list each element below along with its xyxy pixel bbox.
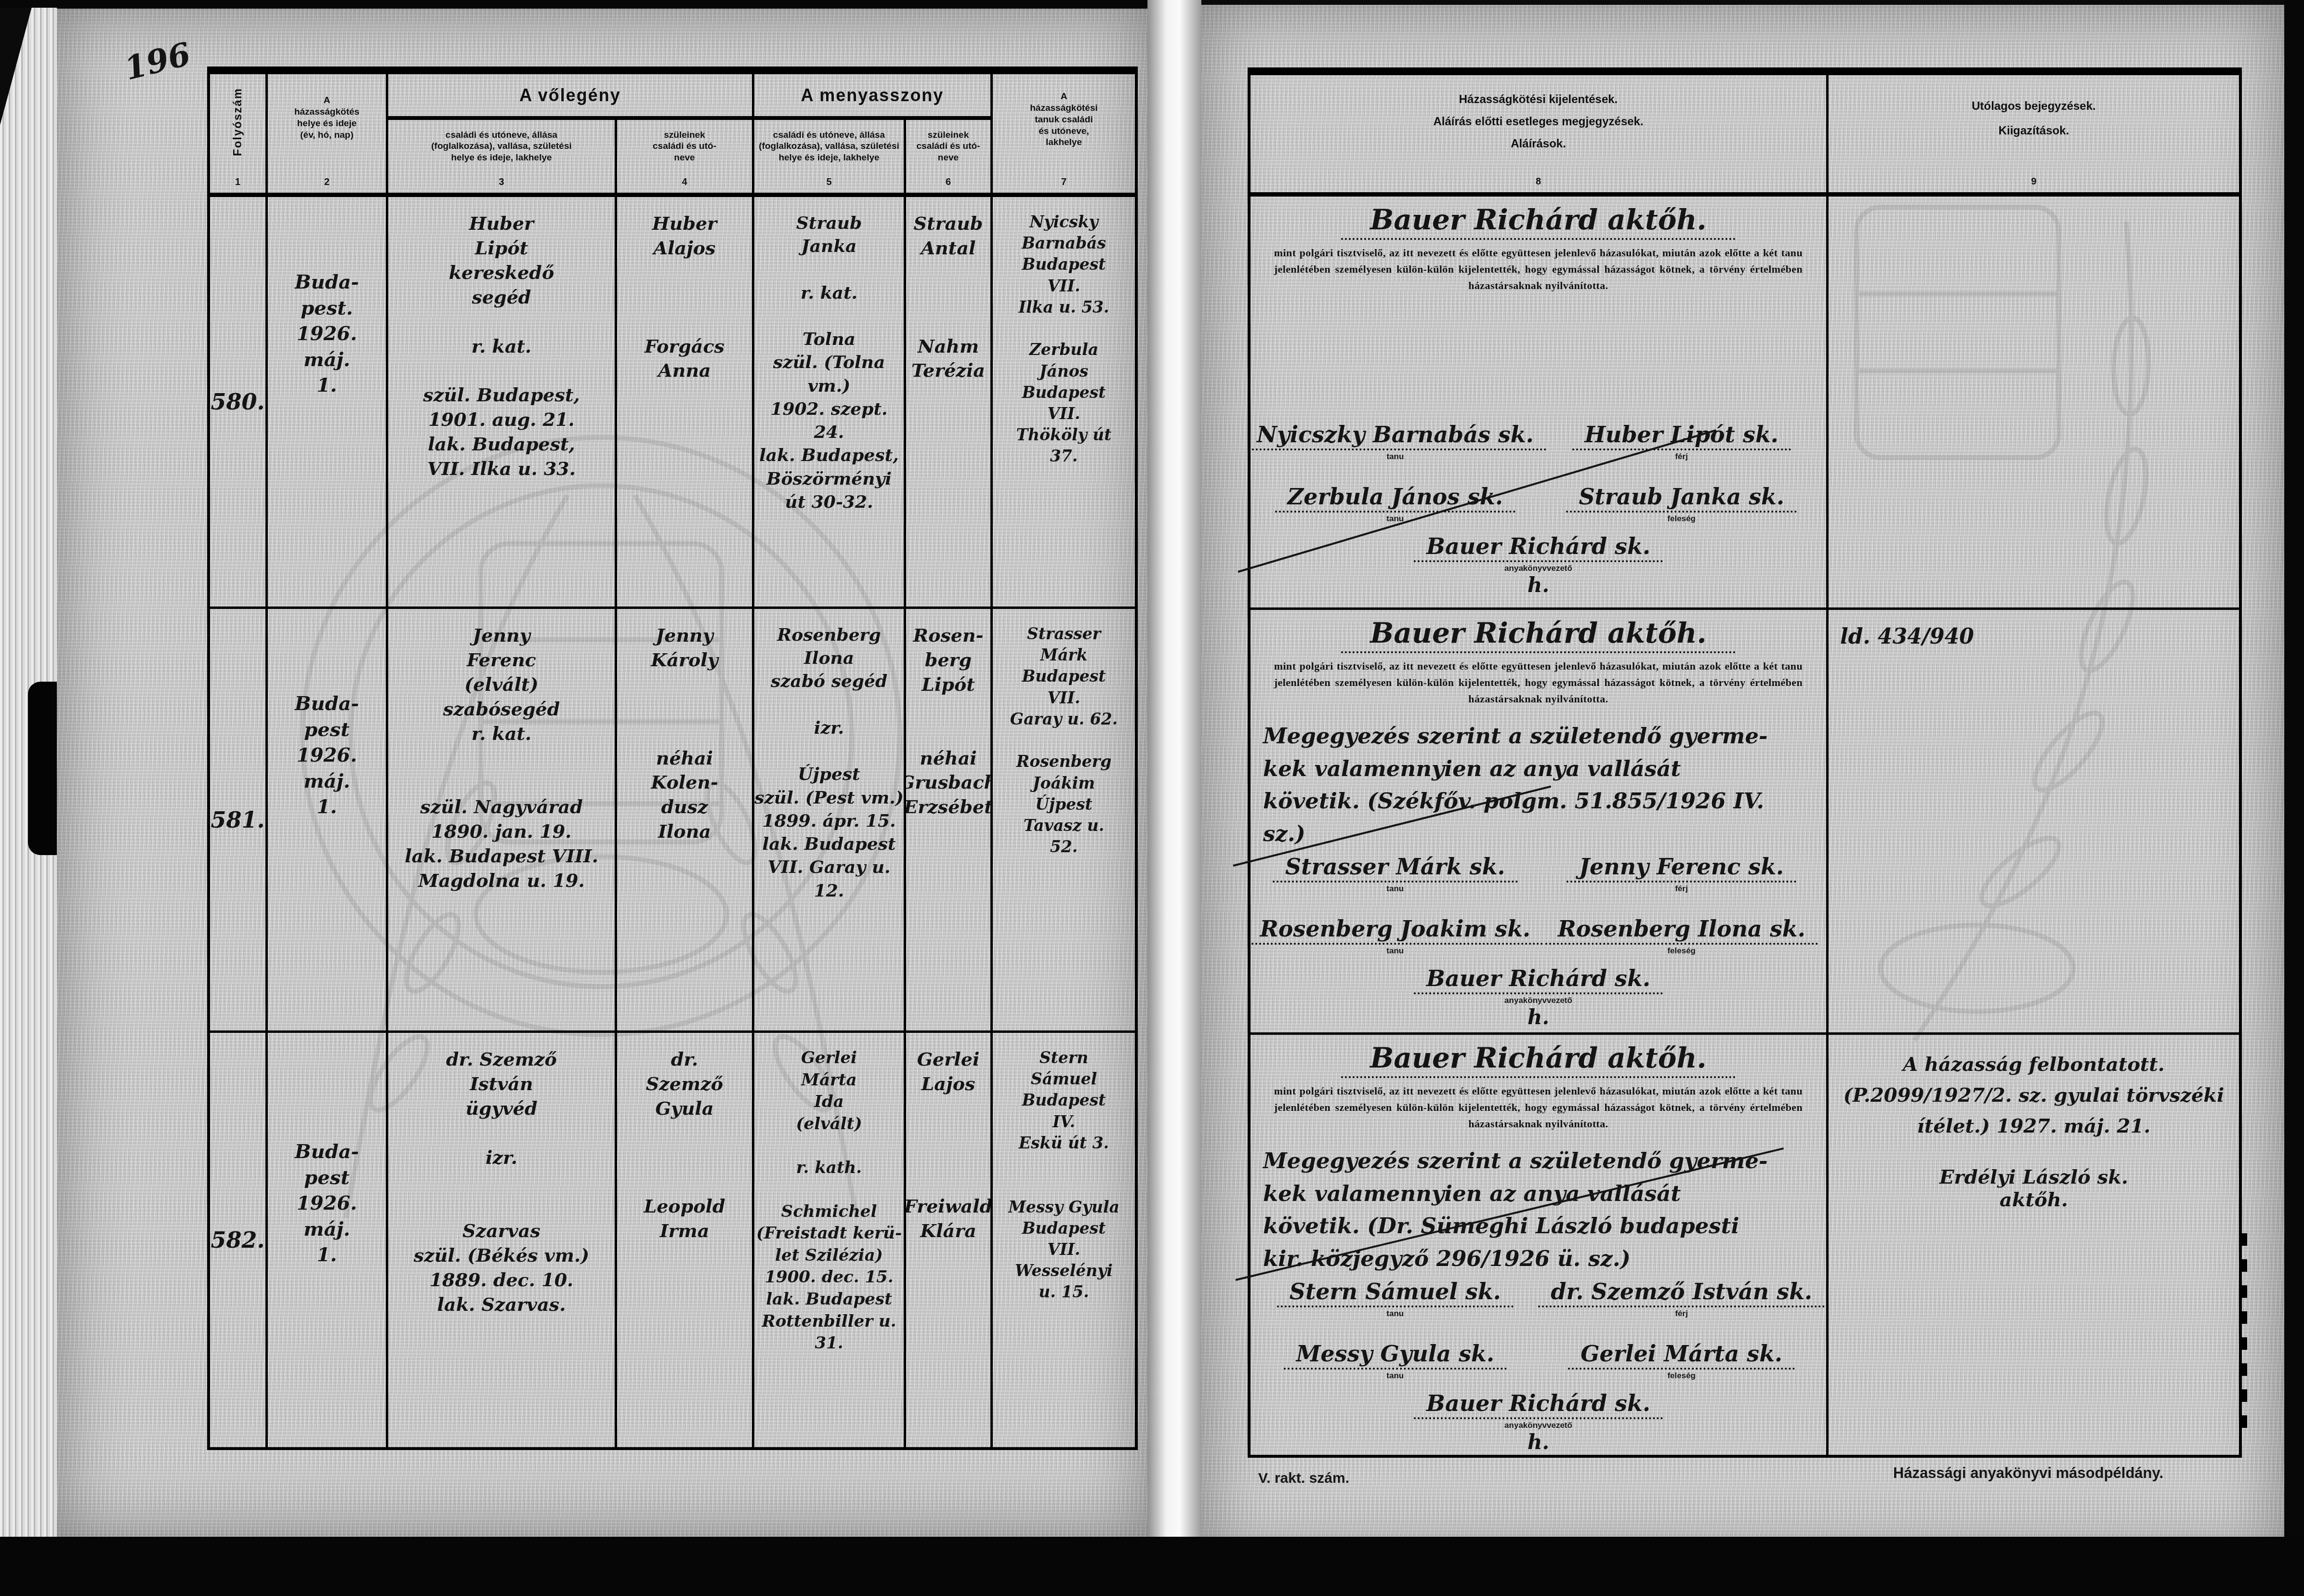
registrar-label: anyakönyvvezető — [1414, 1421, 1663, 1430]
header-serial-number: Folyószám 1 — [210, 74, 268, 197]
husband-label: férj — [1567, 884, 1796, 894]
registry-table-right: Házasságkötési kijelentések. Aláírás elő… — [1248, 67, 2242, 1458]
header-place-date: A házasságkötés helye és ideje (év, hó, … — [268, 74, 388, 197]
registrar-signature-text: Bauer Richárd sk. — [1414, 533, 1663, 562]
wife-signature: Straub Janka sk. feleség — [1566, 484, 1797, 524]
bride-details: Straub Janka r. kat. Tolna szül. (Tolna … — [754, 197, 906, 609]
registrar-signature: Bauer Richárd sk. anyakönyvvezető h. — [1414, 965, 1663, 1029]
header-groom-details: családi és utóneve, állása (foglalkozása… — [388, 120, 617, 197]
registrar-deputy-mark: h. — [1414, 1005, 1663, 1029]
officiant-name: Bauer Richárd aktőh. — [1341, 203, 1736, 240]
husband-signature: dr. Szemző István sk. férj — [1538, 1279, 1825, 1319]
place-date: Buda- pest. 1926. máj. 1. — [268, 197, 388, 609]
officiant-name: Bauer Richárd aktőh. — [1341, 617, 1736, 653]
witness-signature: Stern Sámuel sk. tanu — [1277, 1279, 1514, 1319]
groom-details: Jenny Ferenc (elvált) szabósegéd r. kat.… — [388, 609, 617, 1033]
divorce-annotation: A házasság felbontatott. (P.2099/1927/2.… — [1840, 1049, 2227, 1142]
reference-note: ld. 434/940 — [1840, 624, 2227, 649]
scanned-registry-spread: { "page_number": "196", "footer": { "lef… — [0, 0, 2304, 1596]
registrar-signature: Bauer Richárd sk. anyakönyvvezető h. — [1414, 533, 1663, 597]
registrar-deputy-mark: h. — [1414, 1430, 1663, 1454]
husband-signature-text: Jenny Ferenc sk. — [1567, 854, 1796, 883]
header-bride-parents: szüleinek családi és utó- neve 6 — [906, 120, 993, 197]
subsequent-entry-cell: A házasság felbontatott. (P.2099/1927/2.… — [1829, 1035, 2239, 1455]
husband-signature: Jenny Ferenc sk. férj — [1567, 854, 1796, 894]
witness1-signature: Nyicszky Barnabás sk. — [1251, 422, 1546, 450]
printed-declaration: mint polgári tisztviselő, az itt nevezet… — [1274, 245, 1803, 294]
religion-agreement-note: Megegyezés szerint a születendő gyerme- … — [1263, 720, 1814, 850]
header-subsequent-entries: Utólagos bejegyzések. Kiigazítások. 9 — [1829, 75, 2239, 197]
wife-signature: Gerlei Márta sk. feleség — [1568, 1341, 1795, 1381]
column-number: 8 — [1536, 176, 1541, 189]
column-number: 5 — [826, 177, 831, 190]
place-date: Buda- pest 1926. máj. 1. — [268, 1033, 388, 1447]
officiant-name: Bauer Richárd aktőh. — [1341, 1042, 1736, 1078]
witness-signature: Strasser Márk sk. tanu — [1273, 854, 1517, 894]
witness1-signature: Strasser Márk sk. — [1273, 854, 1517, 883]
storage-number-footer: V. rakt. szám. — [1258, 1470, 1349, 1487]
header-serial-number-label: Folyószám — [231, 88, 245, 156]
edge-stamp-marks — [2241, 1233, 2247, 1440]
witness2-signature: Messy Gyula sk. — [1284, 1341, 1507, 1370]
groom-details: dr. Szemző István ügyvéd izr. Szarvas sz… — [388, 1033, 617, 1447]
witness-signature: Zerbula János sk. tanu — [1275, 484, 1515, 524]
bride-details: Rosenberg Ilona szabó segéd izr. Újpest … — [754, 609, 906, 1033]
declaration-block: Bauer Richárd aktőh. mint polgári tisztv… — [1251, 197, 1829, 610]
bride-parents: Rosen- berg Lipót néhai Grusbach Erzsébe… — [906, 609, 993, 1033]
groom-parents: Huber Alajos Forgács Anna — [617, 197, 754, 609]
witnesses: Stern Sámuel Budapest IV. Eskü út 3. Mes… — [993, 1033, 1135, 1447]
header-groom-group: A vőlegény — [388, 74, 754, 120]
bride-details: Gerlei Márta Ida (elvált) r. kath. Schmi… — [754, 1033, 906, 1447]
column-number: 6 — [946, 177, 951, 190]
header-groom-parents: szüleinek családi és utó- neve 4 — [617, 120, 754, 197]
header-subsequent-entries-label: Utólagos bejegyzések. Kiigazítások. — [1972, 94, 2095, 143]
husband-signature-text: dr. Szemző István sk. — [1538, 1279, 1825, 1307]
witness-label: tanu — [1251, 946, 1543, 956]
serial-number: 581. — [210, 609, 268, 1033]
witness-label: tanu — [1275, 514, 1515, 524]
printed-declaration: mint polgári tisztviselő, az itt nevezet… — [1274, 1083, 1803, 1132]
wife-signature-text: Gerlei Márta sk. — [1568, 1341, 1795, 1370]
scan-background-bottom — [0, 1537, 2304, 1596]
husband-signature-text: Huber Lipót sk. — [1572, 422, 1791, 450]
witness-label: tanu — [1277, 1309, 1514, 1319]
subsequent-entry-cell — [1829, 197, 2239, 610]
scan-background-right — [2284, 0, 2304, 1596]
wife-label: feleség — [1545, 946, 1818, 956]
book-gutter — [1147, 0, 1201, 1561]
header-bride-details: családi és utóneve, állása (foglalkozása… — [754, 120, 906, 197]
declaration-block: Bauer Richárd aktőh. mint polgári tisztv… — [1251, 610, 1829, 1035]
header-groom-details-label: családi és utóneve, állása (foglalkozása… — [431, 130, 571, 164]
wife-label: feleség — [1568, 1371, 1795, 1381]
declaration-block: Bauer Richárd aktőh. mint polgári tisztv… — [1251, 1035, 1829, 1455]
column-number: 2 — [324, 177, 329, 190]
registrar-signature-text: Bauer Richárd sk. — [1414, 965, 1663, 994]
witness-signature: Messy Gyula sk. tanu — [1284, 1341, 1507, 1381]
right-page: Házasságkötési kijelentések. Aláírás elő… — [1201, 5, 2284, 1561]
scan-background-top — [0, 0, 1180, 8]
husband-label: férj — [1538, 1309, 1825, 1319]
bride-parents: Straub Antal Nahm Terézia — [906, 197, 993, 609]
registry-table-left: Folyószám 1 A házasságkötés helye és ide… — [207, 66, 1138, 1450]
header-bride-group: A menyasszony — [754, 74, 993, 120]
duplicate-register-footer: Házassági anyakönyvi másodpéldány. — [1893, 1464, 2163, 1482]
groom-details: Huber Lipót kereskedő segéd r. kat. szül… — [388, 197, 617, 609]
registrar-signature-text: Bauer Richárd sk. — [1414, 1390, 1663, 1419]
witness-label: tanu — [1273, 884, 1517, 894]
registrar-label: anyakönyvvezető — [1414, 996, 1663, 1005]
husband-label: férj — [1572, 452, 1791, 462]
left-page: Folyószám 1 A házasságkötés helye és ide… — [57, 9, 1147, 1537]
wife-signature: Rosenberg Ilona sk. feleség — [1545, 916, 1818, 956]
header-witnesses: A házasságkötési tanuk családi és utónev… — [993, 74, 1135, 197]
groom-parents: dr. Szemző Gyula Leopold Irma — [617, 1033, 754, 1447]
registrar-label: anyakönyvvezető — [1414, 564, 1663, 573]
header-groom-group-label: A vőlegény — [519, 85, 621, 106]
header-place-date-label: A házasságkötés helye és ideje (év, hó, … — [294, 95, 359, 141]
printed-declaration: mint polgári tisztviselő, az itt nevezet… — [1274, 658, 1803, 707]
header-bride-parents-label: szüleinek családi és utó- neve — [917, 130, 980, 164]
header-witnesses-label: A házasságkötési tanuk családi és utónev… — [1030, 91, 1097, 148]
witnesses: Nyicsky Barnabás Budapest VII. Ilka u. 5… — [993, 197, 1135, 609]
header-bride-details-label: családi és utóneve, állása (foglalkozása… — [759, 130, 899, 164]
husband-signature: Huber Lipót sk. férj — [1572, 422, 1791, 462]
wife-label: feleség — [1566, 514, 1797, 524]
groom-parents: Jenny Károly néhai Kolen- dusz Ilona — [617, 609, 754, 1033]
header-bride-group-label: A menyasszony — [801, 85, 944, 106]
place-date: Buda- pest 1926. máj. 1. — [268, 609, 388, 1033]
witness2-signature: Rosenberg Joakim sk. — [1251, 916, 1543, 945]
witness-signature: Nyicszky Barnabás sk. tanu — [1251, 422, 1546, 462]
witness-label: tanu — [1284, 1371, 1507, 1381]
header-groom-parents-label: szüleinek családi és utó- neve — [653, 130, 716, 164]
wife-signature-text: Straub Janka sk. — [1566, 484, 1797, 513]
registrar-signature: Bauer Richárd sk. anyakönyvvezető h. — [1414, 1390, 1663, 1454]
witness2-signature: Zerbula János sk. — [1275, 484, 1515, 513]
column-number: 7 — [1061, 177, 1066, 190]
annotation-signature: Erdélyi László sk. aktőh. — [1840, 1166, 2227, 1211]
witness-label: tanu — [1251, 452, 1546, 462]
header-declarations: Házasságkötési kijelentések. Aláírás elő… — [1251, 75, 1829, 197]
wife-signature-text: Rosenberg Ilona sk. — [1545, 916, 1818, 945]
subsequent-entry-cell: ld. 434/940 — [1829, 610, 2239, 1035]
column-number: 3 — [499, 177, 504, 190]
religion-agreement-note: Megegyezés szerint a születendő gyerme- … — [1263, 1145, 1814, 1275]
witness1-signature: Stern Sámuel sk. — [1277, 1279, 1514, 1307]
serial-number: 580. — [210, 197, 268, 609]
column-number: 9 — [2031, 176, 2036, 189]
column-number: 1 — [235, 177, 240, 190]
witnesses: Strasser Márk Budapest VII. Garay u. 62.… — [993, 609, 1135, 1033]
registrar-deputy-mark: h. — [1414, 573, 1663, 597]
header-declarations-label: Házasságkötési kijelentések. Aláírás elő… — [1433, 89, 1643, 155]
bride-parents: Gerlei Lajos Freiwald Klára — [906, 1033, 993, 1447]
serial-number: 582. — [210, 1033, 268, 1447]
witness-signature: Rosenberg Joakim sk. tanu — [1251, 916, 1543, 956]
column-number: 4 — [682, 177, 687, 190]
